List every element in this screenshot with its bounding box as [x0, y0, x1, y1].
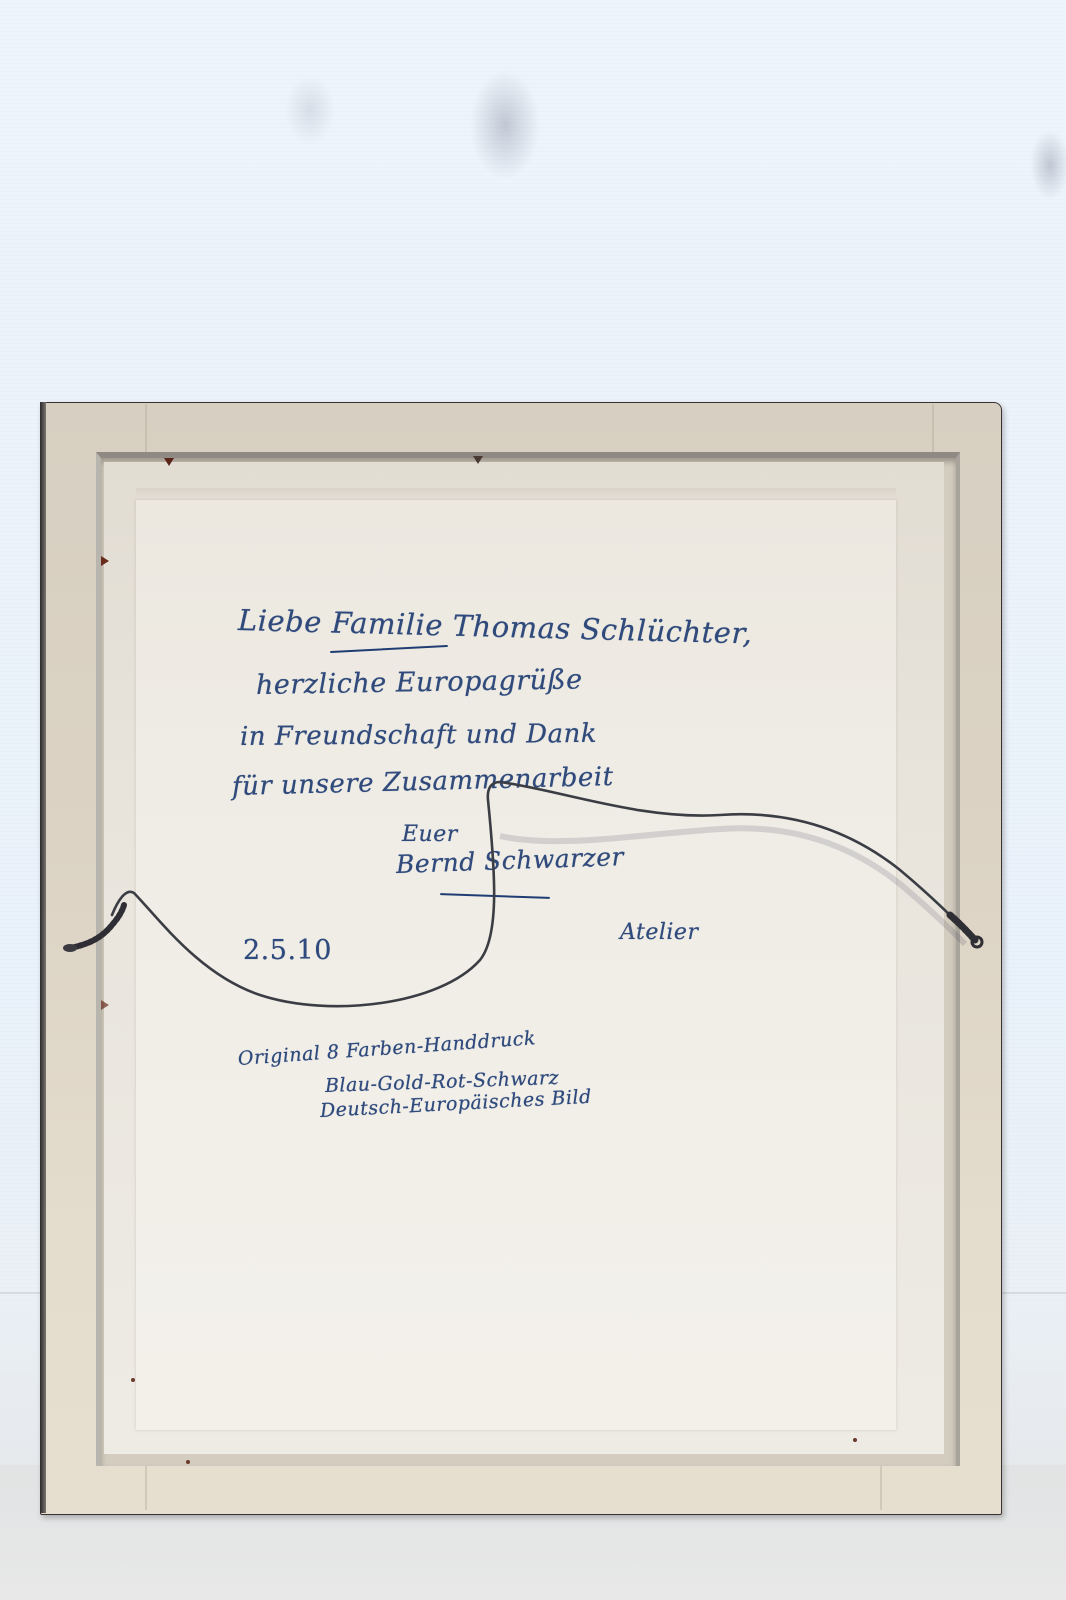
hanging-wire: [0, 0, 1066, 1600]
wire-anchor-left: [63, 905, 124, 952]
